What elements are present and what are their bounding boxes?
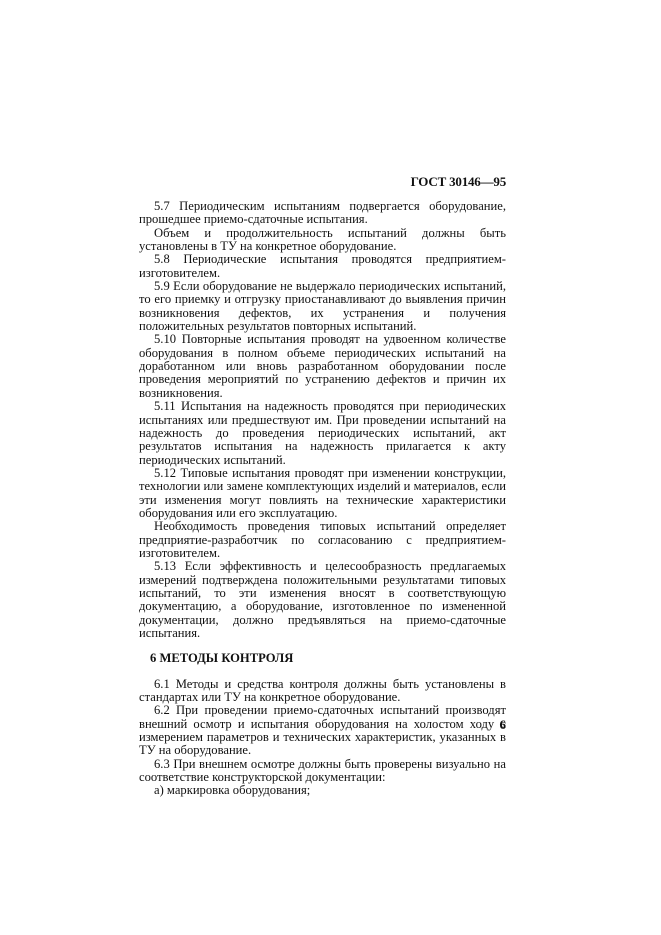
paragraph-5-10: 5.10 Повторные испытания проводят на удв… <box>139 333 506 400</box>
list-item-a: а) маркировка оборудования; <box>139 784 506 797</box>
paragraph-5-7-scope: Объем и продолжительность испытаний долж… <box>139 227 506 254</box>
paragraph-5-12: 5.12 Типовые испытания проводят при изме… <box>139 467 506 520</box>
document-header: ГОСТ 30146—95 <box>411 175 506 188</box>
paragraph-6-3: 6.3 При внешнем осмотре должны быть пров… <box>139 758 506 785</box>
paragraph-6-2: 6.2 При проведении приемо-сдаточных испы… <box>139 704 506 757</box>
paragraph-5-7: 5.7 Периодическим испытаниям подвергаетс… <box>139 200 506 227</box>
page-number: 6 <box>500 718 507 731</box>
paragraph-5-8: 5.8 Периодические испытания проводятся п… <box>139 253 506 280</box>
paragraph-5-12-necessity: Необходимость проведения типовых испытан… <box>139 520 506 560</box>
paragraph-5-9: 5.9 Если оборудование не выдержало перио… <box>139 280 506 333</box>
document-page: ГОСТ 30146—95 5.7 Периодическим испытани… <box>139 0 506 935</box>
paragraph-5-13: 5.13 Если эффективность и целесообразнос… <box>139 560 506 640</box>
paragraph-5-11: 5.11 Испытания на надежность проводятся … <box>139 400 506 467</box>
paragraph-6-1: 6.1 Методы и средства контроля должны бы… <box>139 678 506 705</box>
document-body: 5.7 Периодическим испытаниям подвергаетс… <box>139 200 506 798</box>
section-heading: 6 МЕТОДЫ КОНТРОЛЯ <box>139 652 506 665</box>
